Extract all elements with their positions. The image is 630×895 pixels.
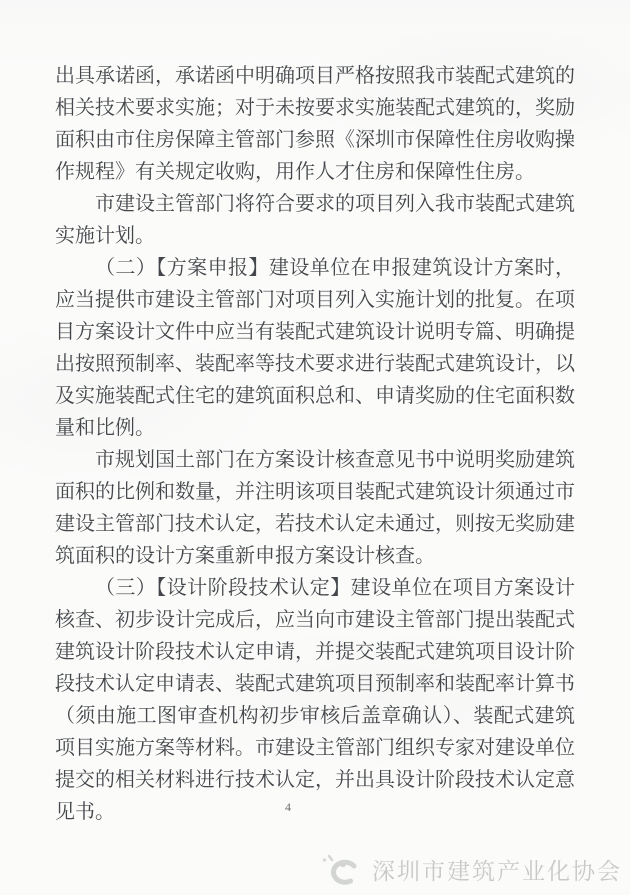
association-logo-icon	[320, 851, 362, 887]
paragraph: 市规划国土部门在方案设计核查意见书中说明奖励建筑面积的比例和数量，并注明该项目装…	[55, 444, 575, 572]
paragraph-continuation: 出具承诺函，承诺函中明确项目严格按照我市装配式建筑的相关技术要求实施；对于未按要…	[55, 60, 575, 188]
paragraph: 市建设主管部门将符合要求的项目列入我市装配式建筑实施计划。	[55, 188, 575, 252]
page-number: 4	[278, 800, 298, 815]
paragraph-section-3: （三）【设计阶段技术认定】建设单位在项目方案设计核查、初步设计完成后，应当向市建…	[55, 572, 575, 828]
paragraph-section-2: （二）【方案申报】建设单位在申报建筑设计方案时，应当提供市建设主管部门对项目列入…	[55, 252, 575, 444]
scanned-document-page: 出具承诺函，承诺函中明确项目严格按照我市装配式建筑的相关技术要求实施；对于未按要…	[0, 0, 630, 895]
document-body: 出具承诺函，承诺函中明确项目严格按照我市装配式建筑的相关技术要求实施；对于未按要…	[55, 60, 575, 828]
watermark-label: 深圳市建筑产业化协会	[372, 853, 622, 886]
footer-watermark: 深圳市建筑产业化协会	[320, 851, 622, 887]
